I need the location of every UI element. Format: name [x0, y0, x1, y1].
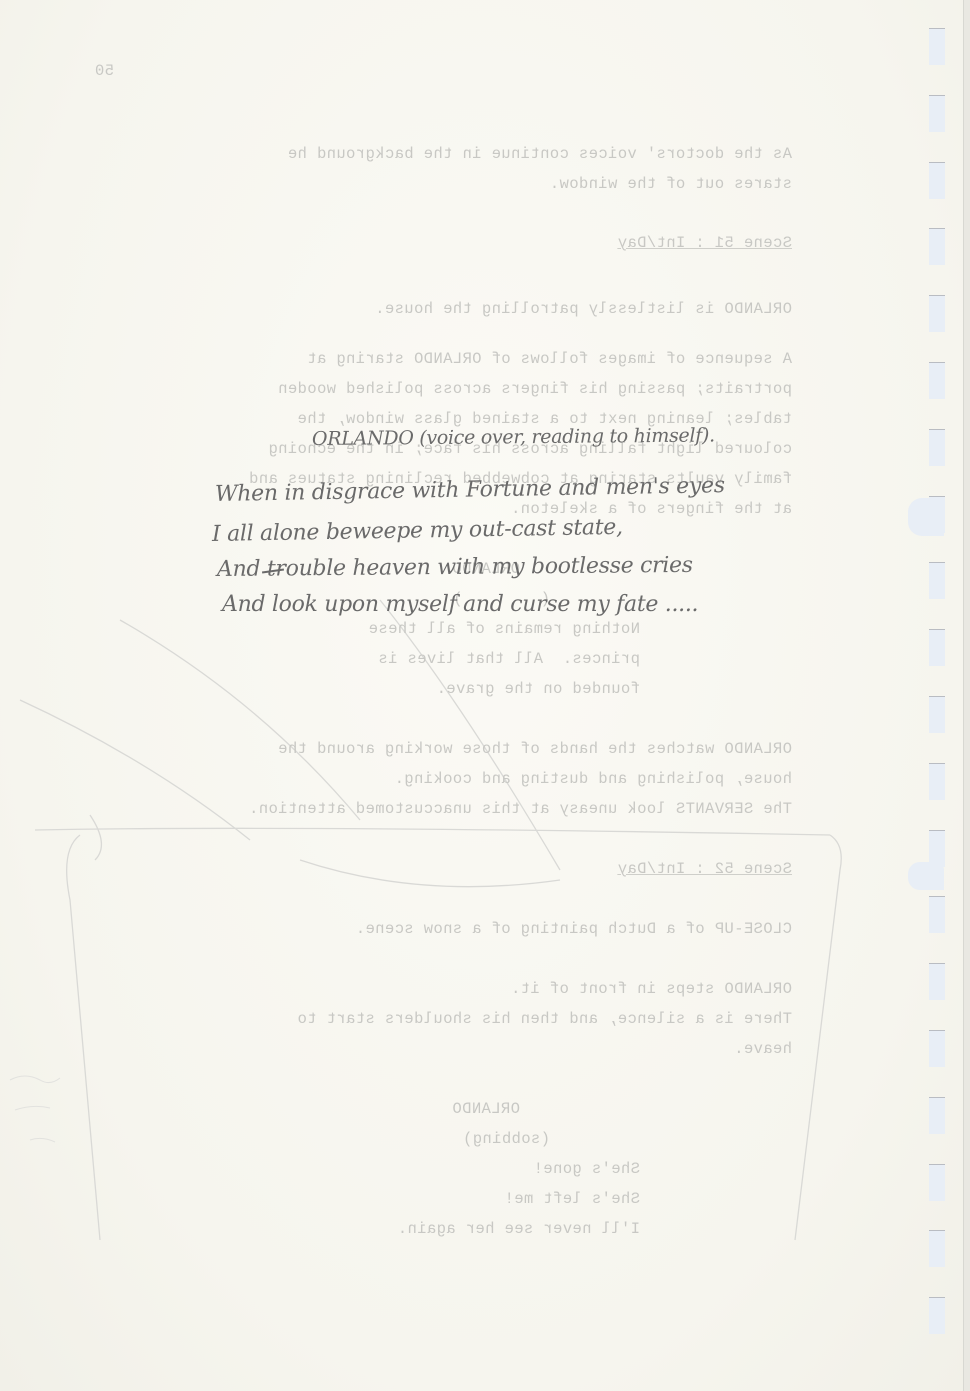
paper-page: 50 As the doctors' voices continue in th…	[0, 0, 970, 1391]
typed-line: The SERVANTS look uneasy at this unaccus…	[249, 800, 792, 818]
handwritten-line: And trouble heaven with my bootlesse cri…	[217, 553, 693, 582]
dialogue-line: She's left me!	[504, 1190, 640, 1208]
binding-hole	[929, 963, 945, 1000]
show-through-typescript: 50 As the doctors' voices continue in th…	[0, 0, 970, 1391]
binding-hole	[929, 28, 945, 65]
binding-hole	[929, 1230, 945, 1267]
typed-line: ORLANDO steps in front of it.	[511, 980, 792, 998]
handwritten-line: And look upon myself and curse my fate .…	[222, 592, 698, 617]
binding-hole	[929, 1164, 945, 1201]
typed-line: house, polishing and dusting and cooking…	[394, 770, 792, 788]
binding-hole	[929, 162, 945, 199]
typed-line: ORLANDO watches the hands of those worki…	[278, 740, 792, 758]
binding-hole	[929, 1030, 945, 1067]
dialogue-line: I'll never see her again.	[397, 1220, 640, 1238]
binding-hole	[929, 95, 945, 132]
handwritten-cue: ORLANDO (voice over, reading to himself)…	[312, 424, 715, 450]
binding-hole	[929, 763, 945, 800]
typed-line: heave.	[734, 1040, 792, 1058]
typed-line: There is a silence, and then his shoulde…	[297, 1010, 792, 1028]
character-cue: ORLANDO	[452, 1100, 520, 1118]
typed-line: portraits; passing his fingers across po…	[278, 380, 792, 398]
dialogue-line: She's gone!	[533, 1160, 640, 1178]
typed-line: stares out of the window.	[549, 175, 792, 193]
typed-line: As the doctors' voices continue in the b…	[288, 145, 792, 163]
scene-heading: Scene 52 : Int/Day	[617, 860, 792, 878]
typed-line: A sequence of images follows of ORLANDO …	[307, 350, 792, 368]
binding-hole	[929, 629, 945, 666]
typed-line: CLOSE-UP of a Dutch painting of a snow s…	[355, 920, 792, 938]
binding-hole	[929, 295, 945, 332]
parenthetical: (sobbing)	[463, 1130, 550, 1148]
dialogue-line: princes. All that lives is	[378, 650, 640, 668]
dialogue-line: founded on the grave.	[436, 680, 640, 698]
dialogue-line: Nothing remains of all these	[368, 620, 640, 638]
binding-hole	[929, 362, 945, 399]
torn-hole	[908, 498, 944, 536]
binding-hole	[929, 1097, 945, 1134]
binding-hole	[929, 562, 945, 599]
torn-hole	[908, 862, 944, 890]
page-edge	[963, 0, 970, 1391]
binding-hole	[929, 429, 945, 466]
page-number: 50	[95, 62, 114, 80]
binding-hole	[929, 696, 945, 733]
binding-hole	[929, 228, 945, 265]
scene-heading: Scene 51 : Int/Day	[617, 234, 792, 252]
binding-hole	[929, 1297, 945, 1334]
typed-line: ORLANDO is listlessly patrolling the hou…	[375, 300, 792, 318]
binding-hole	[929, 896, 945, 933]
